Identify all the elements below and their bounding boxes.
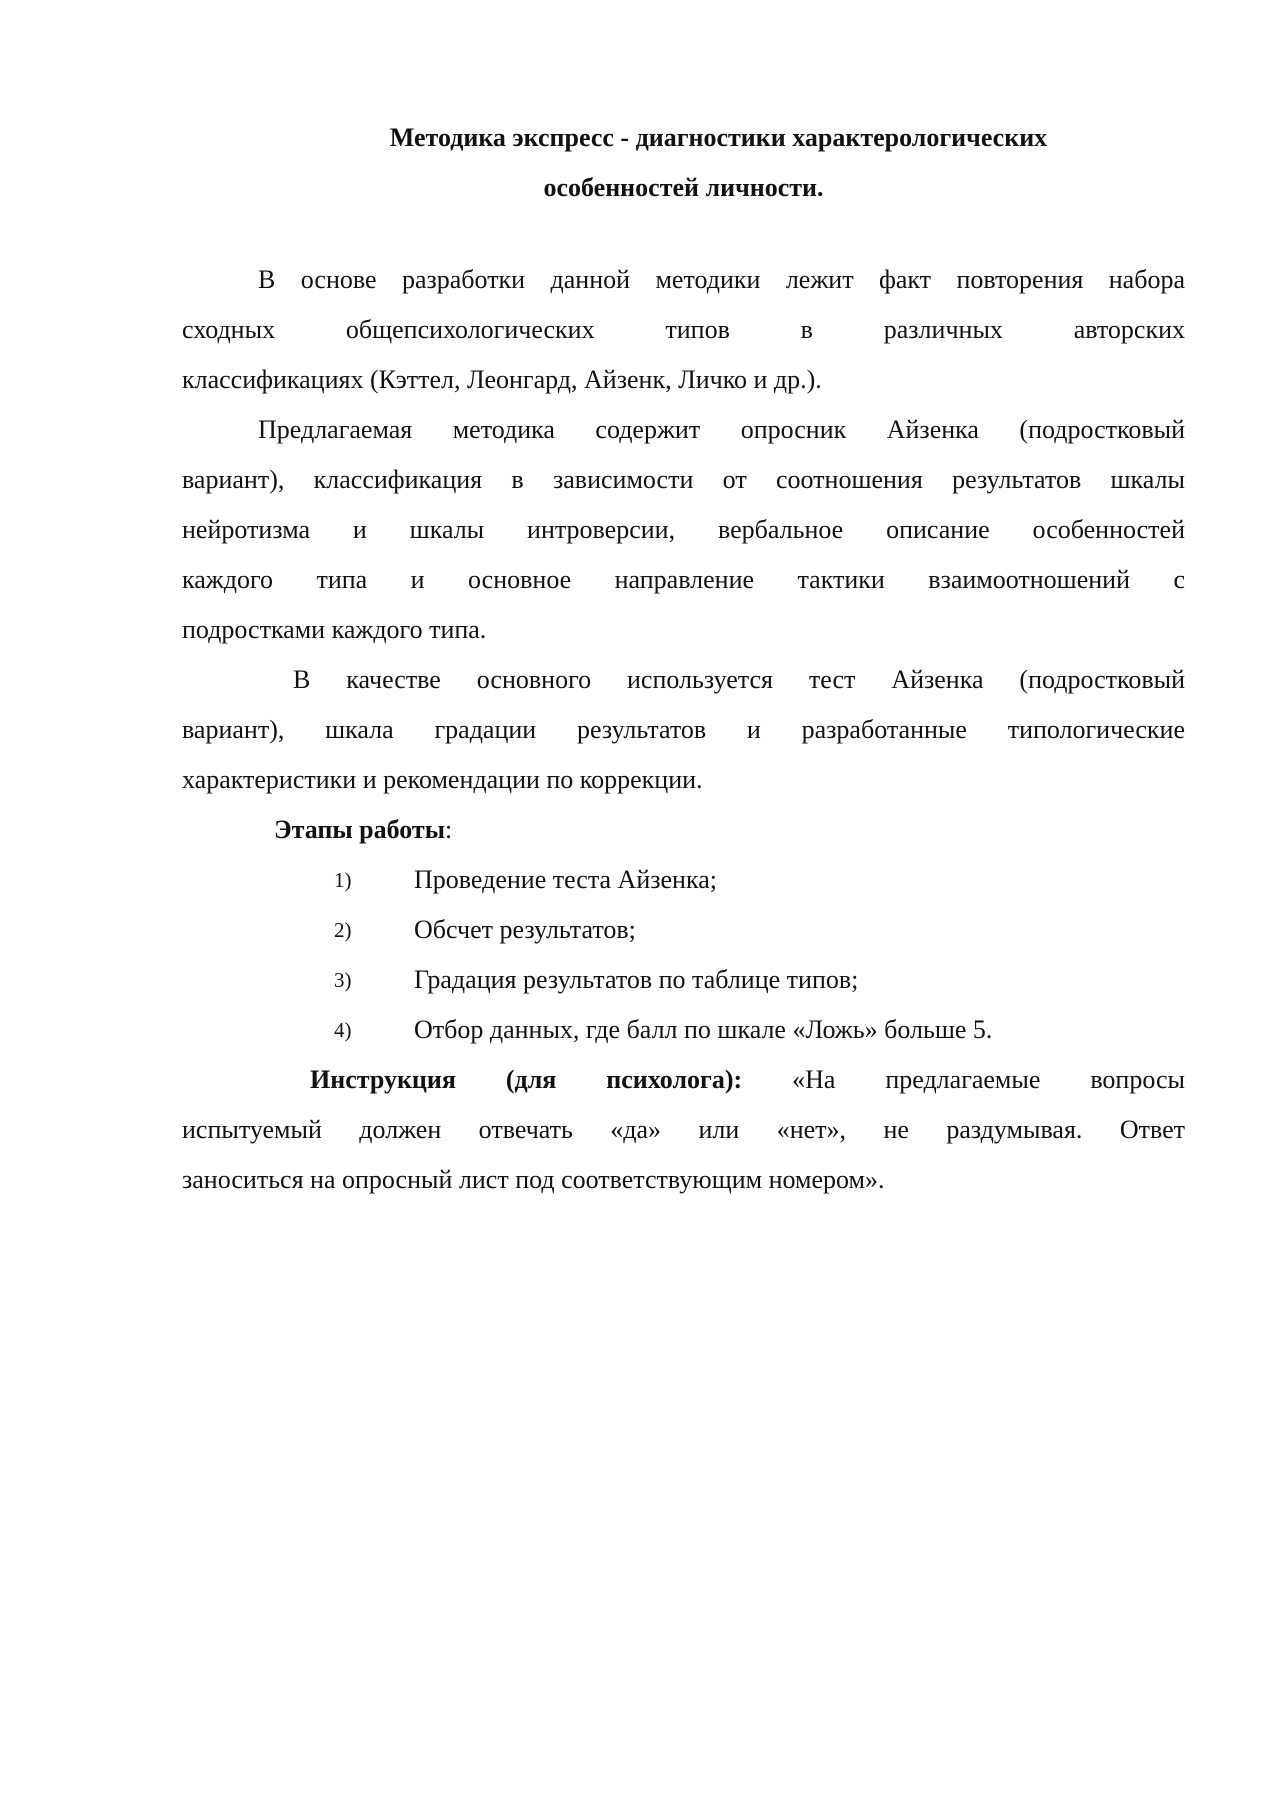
list-item-number: 2)	[334, 905, 352, 955]
paragraph-2-line-1: Предлагаемая методика содержит опросник …	[258, 405, 1185, 455]
instruction-line-1: Инструкция (для психолога): «На предлага…	[310, 1055, 1185, 1105]
list-item-number: 3)	[334, 955, 352, 1005]
instruction-line-2: испытуемый должен отвечать «да» или «нет…	[182, 1105, 1185, 1155]
paragraph-2-line-5: подростками каждого типа.	[182, 605, 1185, 655]
paragraph-3-line-2: вариант), шкала градации результатов и р…	[182, 705, 1185, 755]
stages-list-item: 1) Проведение теста Айзенка;	[182, 855, 1185, 905]
paragraph-2-line-4: каждого типа и основное направление такт…	[182, 555, 1185, 605]
paragraph-3-line-3: характеристики и рекомендации по коррекц…	[182, 755, 1185, 805]
document-title-line-2: особенностей личности.	[182, 163, 1185, 213]
list-item-text: Проведение теста Айзенка;	[414, 855, 717, 905]
list-item-text: Отбор данных, где балл по шкале «Ложь» б…	[414, 1005, 992, 1055]
stages-heading-text: Этапы работы	[274, 815, 445, 844]
list-item-number: 1)	[334, 855, 352, 905]
stages-list-item: 3) Градация результатов по таблице типов…	[182, 955, 1185, 1005]
document-title-line-1: Методика экспресс - диагностики характер…	[182, 113, 1185, 163]
paragraph-1-line-1: В основе разработки данной методики лежи…	[258, 255, 1185, 305]
paragraph-3-line-1: В качестве основного используется тест А…	[293, 655, 1185, 705]
instruction-line-3: заноситься на опросный лист под соответс…	[182, 1155, 1185, 1205]
list-item-number: 4)	[334, 1005, 352, 1055]
paragraph-2-line-2: вариант), классификация в зависимости от…	[182, 455, 1185, 505]
stages-list-item: 4) Отбор данных, где балл по шкале «Ложь…	[182, 1005, 1185, 1055]
instruction-quote-start: «На предлагаемые вопросы	[792, 1065, 1185, 1094]
instruction-label: Инструкция (для психолога):	[310, 1065, 742, 1094]
list-item-text: Обсчет результатов;	[414, 905, 636, 955]
list-item-text: Градация результатов по таблице типов;	[414, 955, 858, 1005]
stages-heading-colon: :	[445, 815, 452, 844]
paragraph-1-line-2: сходных общепсихологических типов в разл…	[182, 305, 1185, 355]
paragraph-2-line-3: нейротизма и шкалы интроверсии, вербальн…	[182, 505, 1185, 555]
paragraph-1-line-3: классификациях (Кэттел, Леонгард, Айзенк…	[182, 355, 1185, 405]
stages-heading: Этапы работы:	[274, 805, 1185, 855]
stages-list-item: 2) Обсчет результатов;	[182, 905, 1185, 955]
